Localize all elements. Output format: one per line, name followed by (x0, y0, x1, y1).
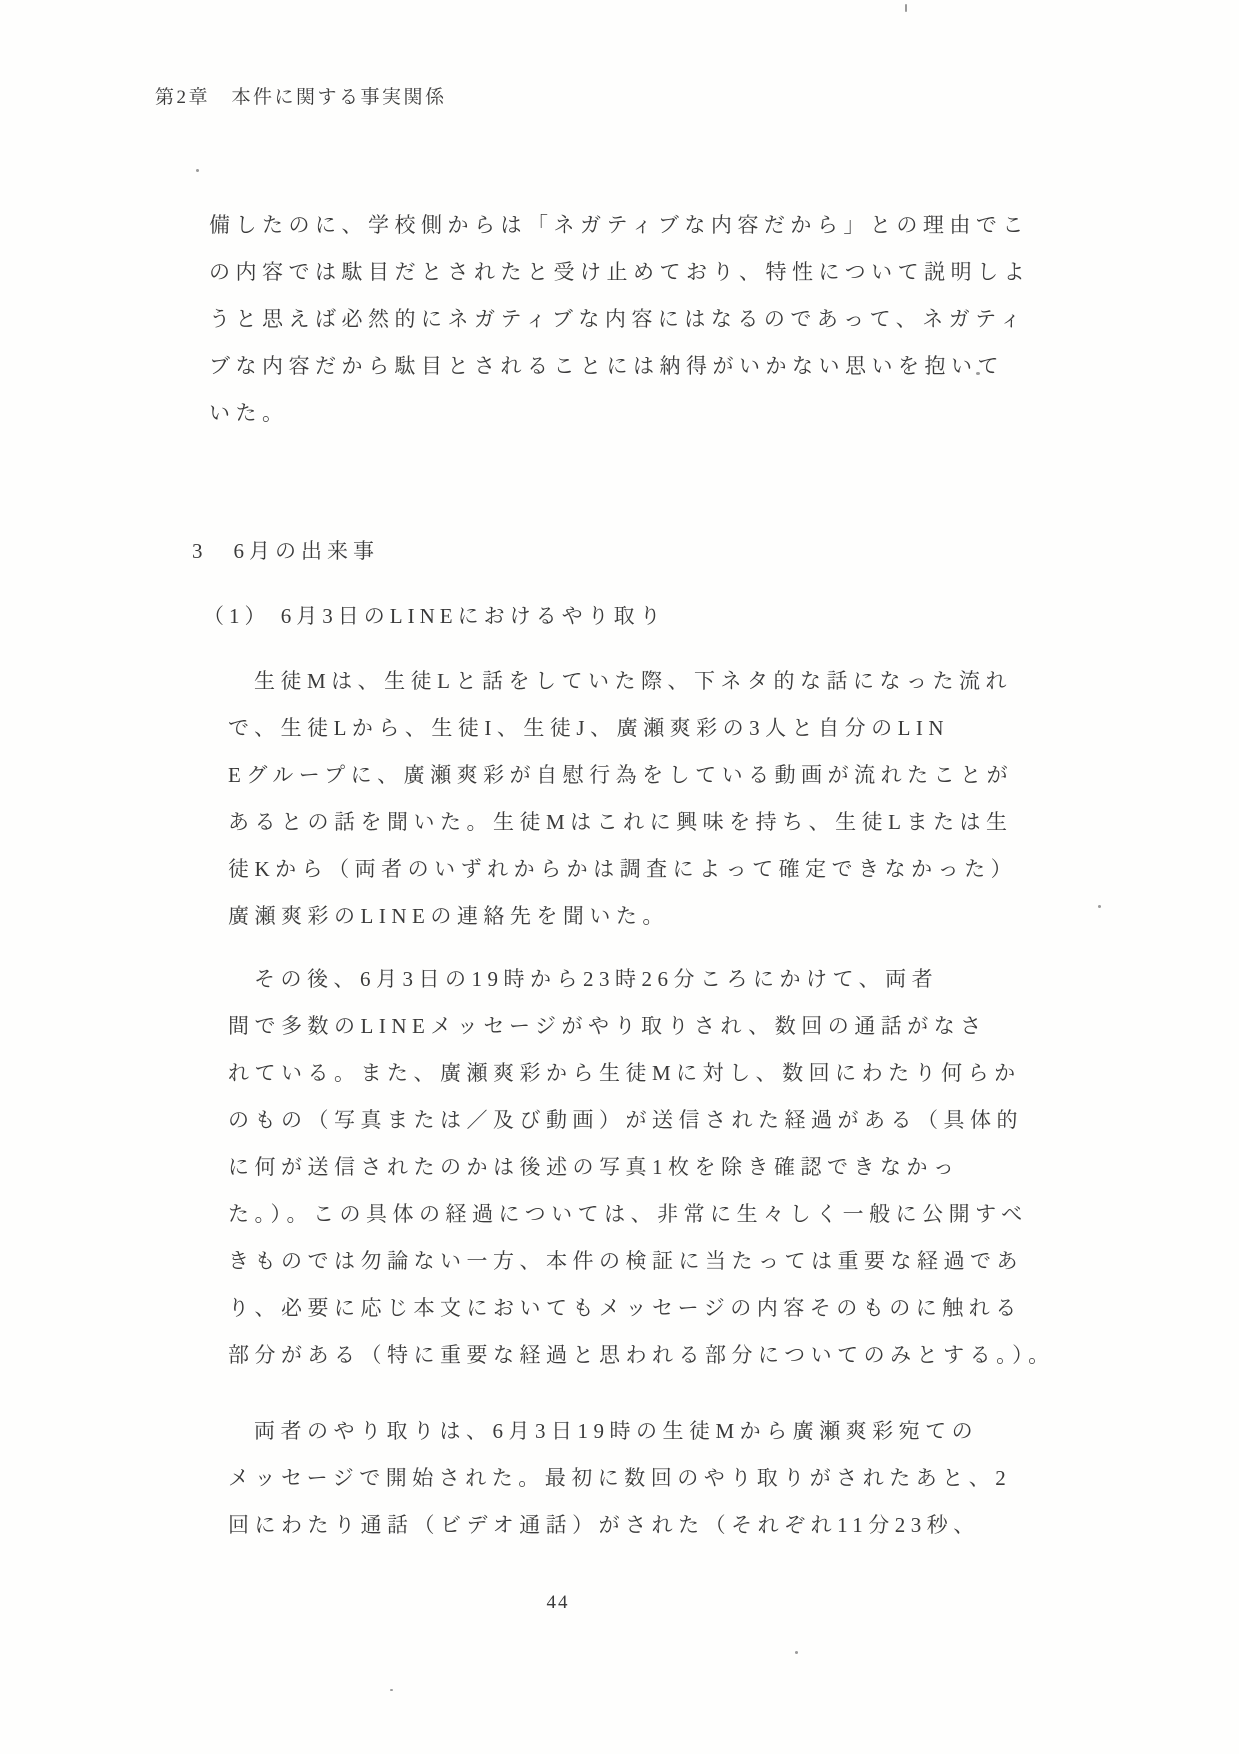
text-line: のもの（写真または／及び動画）が送信された経過がある（具体的 (228, 1097, 1046, 1144)
text-line: に何が送信されたのかは後述の写真1枚を除き確認できなかっ (228, 1144, 1046, 1191)
text-line: り、必要に応じ本文においてもメッセージの内容そのものに触れる (228, 1285, 1046, 1332)
text-line: れている。また、廣瀬爽彩から生徒Mに対し、数回にわたり何らか (228, 1050, 1046, 1097)
scan-speck (1098, 905, 1101, 908)
scan-speck (976, 372, 980, 375)
text-line: うと思えば必然的にネガティブな内容にはなるのであって、ネガティ (209, 296, 1054, 343)
document-page: 第2章 本件に関する事実関係 備したのに、学校側からは「ネガティブな内容だから」… (0, 0, 1239, 1754)
scan-speck (390, 1689, 393, 1691)
text-line: で、生徒Lから、生徒I、生徒J、廣瀬爽彩の3人と自分のLIN (228, 705, 1046, 752)
paragraph-start: 両者のやり取りは、6月3日19時の生徒Mから廣瀬爽彩宛ての メッセージで開始され… (228, 1408, 1046, 1549)
chapter-header: 第2章 本件に関する事実関係 (155, 82, 447, 109)
text-line: 両者のやり取りは、6月3日19時の生徒Mから廣瀬爽彩宛ての (228, 1408, 1046, 1455)
intro-paragraph: 備したのに、学校側からは「ネガティブな内容だから」との理由でこ の内容では駄目だ… (209, 202, 1054, 437)
subsection-heading: （1） 6月3日のLINEにおけるやり取り (203, 593, 666, 640)
text-line: メッセージで開始された。最初に数回のやり取りがされたあと、2 (228, 1455, 1046, 1502)
scan-speck (905, 4, 907, 12)
text-line: その後、6月3日の19時から23時26分ころにかけて、両者 (228, 956, 1046, 1003)
section-heading: 3 6月の出来事 (192, 528, 379, 575)
text-line: いた。 (209, 390, 1054, 437)
text-line: の内容では駄目だとされたと受け止めており、特性について説明しよ (209, 249, 1054, 296)
text-line: 備したのに、学校側からは「ネガティブな内容だから」との理由でこ (209, 202, 1054, 249)
scan-speck (196, 169, 199, 172)
text-line: ブな内容だから駄目とされることには納得がいかない思いを抱いて (209, 343, 1054, 390)
text-line: 廣瀬爽彩のLINEの連絡先を聞いた。 (228, 893, 1046, 940)
text-line: あるとの話を聞いた。生徒Mはこれに興味を持ち、生徒Lまたは生 (228, 799, 1046, 846)
paragraph-messages: その後、6月3日の19時から23時26分ころにかけて、両者 間で多数のLINEメ… (228, 956, 1046, 1379)
scan-speck (795, 1651, 798, 1654)
text-line: きものでは勿論ない一方、本件の検証に当たっては重要な経過であ (228, 1238, 1046, 1285)
text-line: 間で多数のLINEメッセージがやり取りされ、数回の通話がなさ (228, 1003, 1046, 1050)
text-line: 回にわたり通話（ビデオ通話）がされた（それぞれ11分23秒、 (228, 1502, 1046, 1549)
text-line: 生徒Mは、生徒Lと話をしていた際、下ネタ的な話になった流れ (228, 658, 1046, 705)
paragraph-line-exchange: 生徒Mは、生徒Lと話をしていた際、下ネタ的な話になった流れ で、生徒Lから、生徒… (228, 658, 1046, 940)
text-line: た。）。この具体の経過については、非常に生々しく一般に公開すべ (228, 1191, 1046, 1238)
text-line: Eグループに、廣瀬爽彩が自慰行為をしている動画が流れたことが (228, 752, 1046, 799)
text-line: 徒Kから（両者のいずれからかは調査によって確定できなかった） (228, 846, 1046, 893)
text-line: 部分がある（特に重要な経過と思われる部分についてのみとする。）。 (228, 1332, 1046, 1379)
page-number: 44 (528, 1592, 588, 1614)
